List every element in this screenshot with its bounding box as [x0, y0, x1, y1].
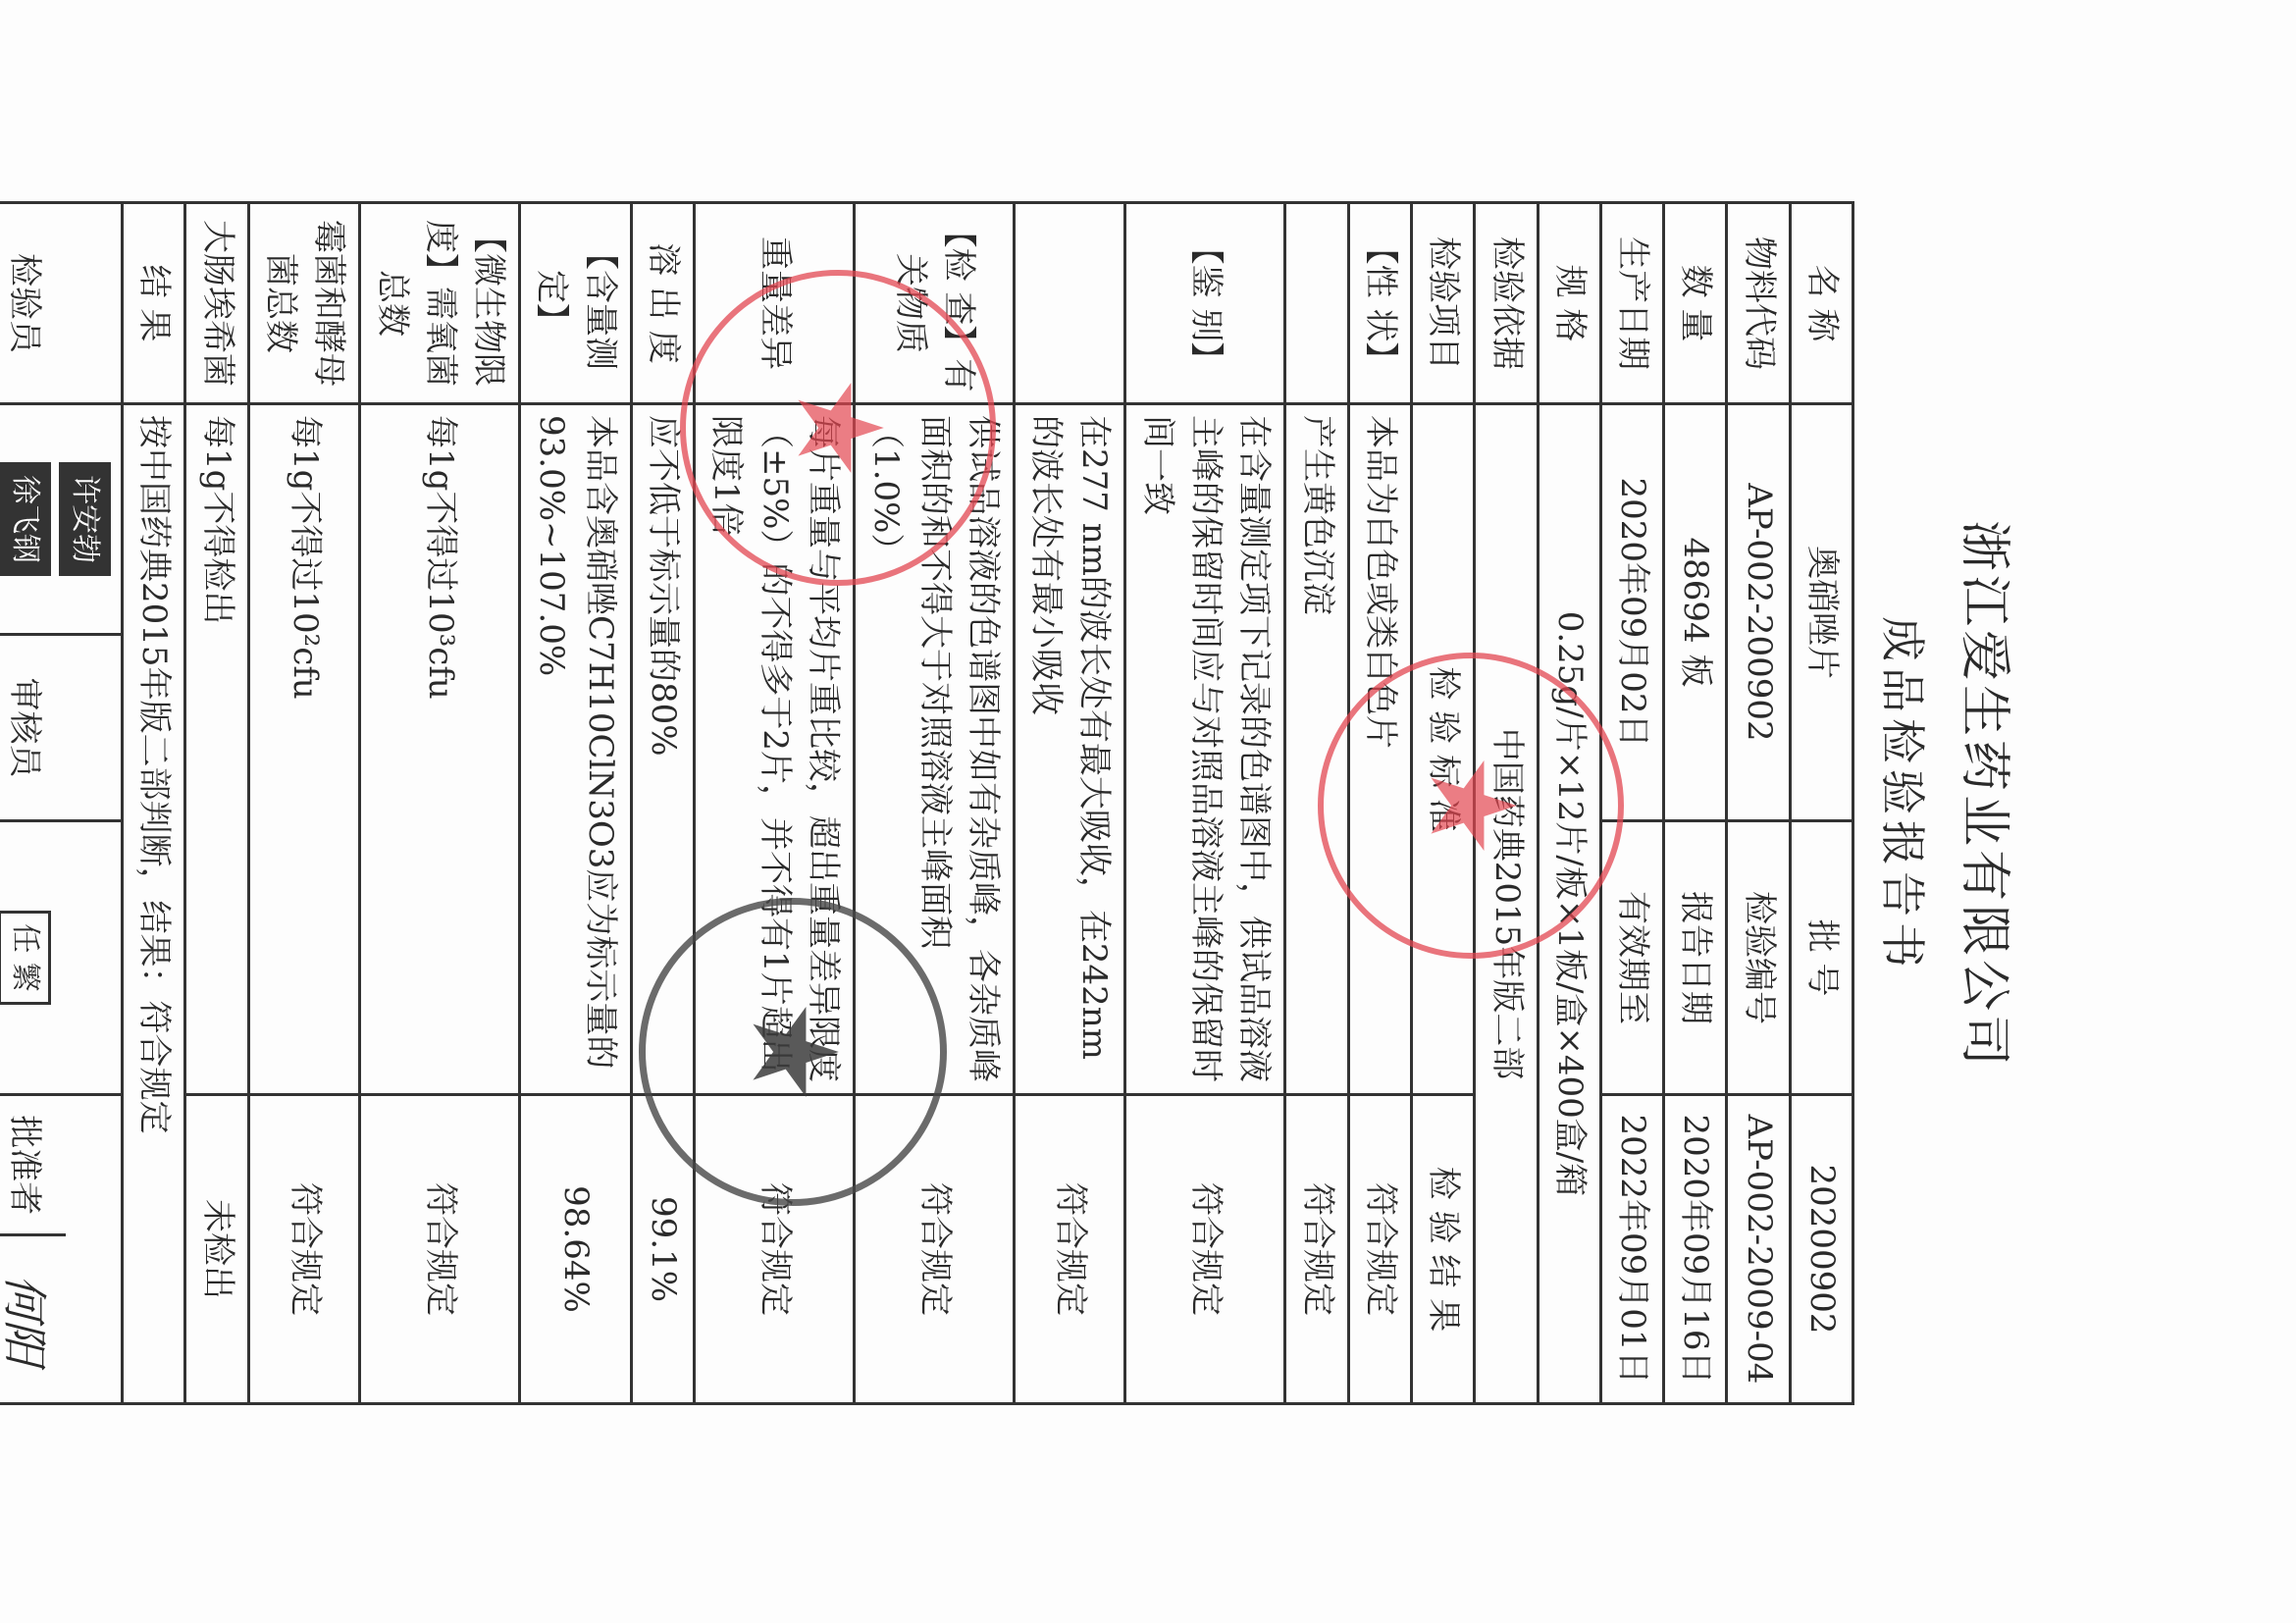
- row-material-code: 物料代码 AP-002-200902 检验编号 AP-002-2009-04: [1727, 203, 1790, 1404]
- conclusion-value: 按中国药典2015年版二部判断，结果：符合规定: [123, 404, 185, 1404]
- test-row: 大肠埃希菌每1g不得检出未检出: [185, 203, 248, 1404]
- inspector-signatures: 许安勃 徐飞钢 李 红: [0, 404, 123, 635]
- batch-label: 批 号: [1790, 821, 1852, 1095]
- row-name: 名 称 奥硝唑片 批 号 20200902: [1790, 203, 1852, 1404]
- test-row: 霉菌和酵母菌总数每1g不得过10²cfu符合规定: [248, 203, 360, 1404]
- material-code-label: 物料代码: [1727, 203, 1790, 404]
- report-title: 成品检验报告书: [1873, 191, 1938, 1398]
- test-item: 【含量测定】: [520, 203, 632, 404]
- test-result: 98.64%: [520, 1095, 632, 1404]
- test-item: [1285, 203, 1348, 404]
- report-date-label: 报告日期: [1664, 821, 1727, 1095]
- test-row: 【鉴 别】在含量测定项下记录的色谱图中，供试品溶液主峰的保留时间应与对照品溶液主…: [1125, 203, 1285, 1404]
- test-standard: 每1g不得检出: [185, 404, 248, 1095]
- row-production-date: 生产日期 2020年09月02日 有效期至 2022年09月01日: [1600, 203, 1663, 1404]
- spec-label: 规 格: [1538, 203, 1600, 404]
- test-result: 符合规定: [1285, 1095, 1348, 1404]
- test-result: 符合规定: [248, 1095, 360, 1404]
- column-header-item: 检验项目: [1411, 203, 1474, 404]
- test-row: 【含量测定】本品含奥硝唑C7H10ClN3O3应为标示量的93.0%~107.0…: [520, 203, 632, 1404]
- basis-label: 检验依据: [1475, 203, 1538, 404]
- expiry-label: 有效期至: [1600, 821, 1663, 1095]
- test-standard: 每片重量与平均片重比较，超出重量差异限度（±5%）的不得多于2片，并不得有1片超…: [695, 404, 855, 1095]
- inspector-label: 检验员: [0, 203, 123, 404]
- test-item: 霉菌和酵母菌总数: [248, 203, 360, 404]
- row-basis: 检验依据 中国药典2015年版二部: [1475, 203, 1538, 1404]
- test-row: 溶 出 度应不低于标示量的80%99.1%: [631, 203, 694, 1404]
- inspector-seal-2: 徐飞钢: [0, 462, 51, 576]
- name-value: 奥硝唑片: [1790, 404, 1852, 821]
- test-result: 符合规定: [1014, 1095, 1125, 1404]
- test-item: 【检 查】有关物质: [854, 203, 1014, 404]
- inspection-report-page: 浙江爱生药业有限公司 成品检验报告书 名 称 奥硝唑片 批 号 20200902…: [299, 191, 2046, 1398]
- test-standard: 在277 nm的波长处有最大吸收，在242nm的波长处有最小吸收: [1014, 404, 1125, 1095]
- approver-signature: 何阳: [0, 1236, 57, 1402]
- material-code-value: AP-002-200902: [1727, 404, 1790, 821]
- conclusion-label: 结 果: [123, 203, 185, 404]
- test-row: 【性 状】本品为白色或类白色片符合规定: [1348, 203, 1411, 1404]
- test-standard: 应不低于标示量的80%: [631, 404, 694, 1095]
- production-date-label: 生产日期: [1600, 203, 1663, 404]
- test-standard: 在含量测定项下记录的色谱图中，供试品溶液主峰的保留时间应与对照品溶液主峰的保留时…: [1125, 404, 1285, 1095]
- row-signatures: 检验员 许安勃 徐飞钢 李 红 审核员 任 繁 批准者 何阳: [0, 203, 123, 1404]
- test-result: 未检出: [185, 1095, 248, 1404]
- test-item: 【微生物限度】需氧菌总数: [360, 203, 520, 404]
- basis-value: 中国药典2015年版二部: [1475, 404, 1538, 1404]
- approver-label: 批准者: [0, 1096, 67, 1236]
- quantity-value: 48694 板: [1664, 404, 1727, 821]
- reviewer-label: 审核员: [0, 635, 123, 821]
- test-result: 符合规定: [360, 1095, 520, 1404]
- row-quantity: 数 量 48694 板 报告日期 2020年09月16日: [1664, 203, 1727, 1404]
- test-row: 在277 nm的波长处有最大吸收，在242nm的波长处有最小吸收符合规定: [1014, 203, 1125, 1404]
- test-result: 99.1%: [631, 1095, 694, 1404]
- company-name: 浙江爱生药业有限公司: [1953, 191, 2026, 1398]
- approver-cell: 批准者 何阳: [0, 1095, 123, 1404]
- quantity-label: 数 量: [1664, 203, 1727, 404]
- test-item: 溶 出 度: [631, 203, 694, 404]
- spec-value: 0.25g/片×12片/板×1板/盒×400盒/箱: [1538, 404, 1600, 1404]
- test-rows: 【性 状】本品为白色或类白色片符合规定产生黄色沉淀符合规定【鉴 别】在含量测定项…: [185, 203, 1412, 1404]
- report-date-value: 2020年09月16日: [1664, 1095, 1727, 1404]
- name-label: 名 称: [1790, 203, 1852, 404]
- expiry-value: 2022年09月01日: [1600, 1095, 1663, 1404]
- test-standard: 产生黄色沉淀: [1285, 404, 1348, 1095]
- test-no-value: AP-002-2009-04: [1727, 1095, 1790, 1404]
- test-result: 符合规定: [1348, 1095, 1411, 1404]
- test-row: 产生黄色沉淀符合规定: [1285, 203, 1348, 1404]
- test-result: 符合规定: [695, 1095, 855, 1404]
- test-standard: 供试品溶液的色谱图中如有杂质峰，各杂质峰面积的和不得大于对照溶液主峰面积（1.0…: [854, 404, 1014, 1095]
- test-row: 重量差异每片重量与平均片重比较，超出重量差异限度（±5%）的不得多于2片，并不得…: [695, 203, 855, 1404]
- test-item: 【性 状】: [1348, 203, 1411, 404]
- report-table: 名 称 奥硝唑片 批 号 20200902 物料代码 AP-002-200902…: [0, 201, 1854, 1405]
- row-conclusion: 结 果 按中国药典2015年版二部判断，结果：符合规定: [123, 203, 185, 1404]
- row-spec: 规 格 0.25g/片×12片/板×1板/盒×400盒/箱: [1538, 203, 1600, 1404]
- test-item: [1014, 203, 1125, 404]
- inspector-seal-1: 许安勃: [59, 462, 112, 576]
- test-no-label: 检验编号: [1727, 821, 1790, 1095]
- reviewer-signature: 任 繁: [0, 821, 123, 1095]
- column-header-result: 检 验 结 果: [1411, 1095, 1474, 1404]
- batch-value: 20200902: [1790, 1095, 1852, 1404]
- test-row: 【微生物限度】需氧菌总数每1g不得过10³cfu符合规定: [360, 203, 520, 1404]
- column-header-standard: 检 验 标 准: [1411, 404, 1474, 1095]
- production-date-value: 2020年09月02日: [1600, 404, 1663, 821]
- test-item: 重量差异: [695, 203, 855, 404]
- test-standard: 每1g不得过10³cfu: [360, 404, 520, 1095]
- test-row: 【检 查】有关物质供试品溶液的色谱图中如有杂质峰，各杂质峰面积的和不得大于对照溶…: [854, 203, 1014, 1404]
- test-item: 【鉴 别】: [1125, 203, 1285, 404]
- test-result: 符合规定: [1125, 1095, 1285, 1404]
- test-item: 大肠埃希菌: [185, 203, 248, 404]
- test-standard: 本品为白色或类白色片: [1348, 404, 1411, 1095]
- test-result: 符合规定: [854, 1095, 1014, 1404]
- test-standard: 每1g不得过10²cfu: [248, 404, 360, 1095]
- reviewer-seal: 任 繁: [0, 911, 51, 1005]
- row-column-headers: 检验项目 检 验 标 准 检 验 结 果: [1411, 203, 1474, 1404]
- test-standard: 本品含奥硝唑C7H10ClN3O3应为标示量的93.0%~107.0%: [520, 404, 632, 1095]
